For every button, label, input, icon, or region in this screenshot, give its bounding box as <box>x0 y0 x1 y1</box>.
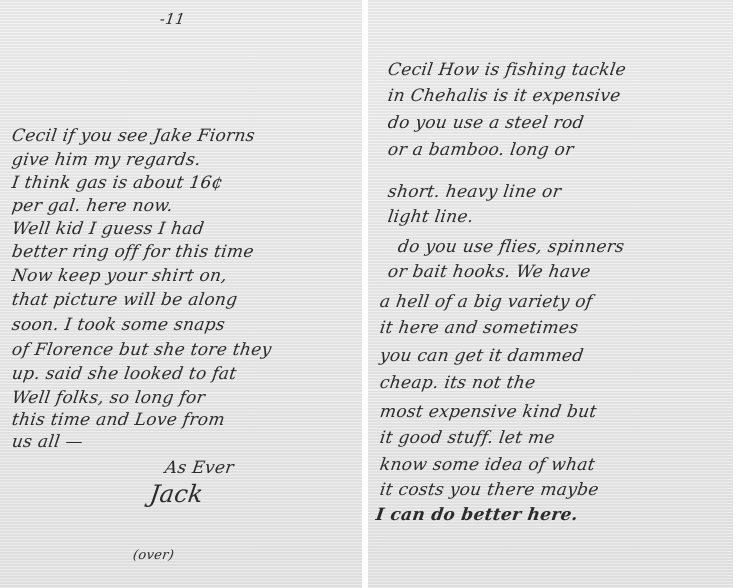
letter-closing: As Ever <box>164 458 236 478</box>
letter-line: it good stuff. let me <box>379 428 557 448</box>
letter-line: it here and sometimes <box>379 318 580 338</box>
letter-page-right: Cecil How is fishing tackle in Chehalis … <box>368 0 733 588</box>
letter-line: or a bamboo. long or <box>387 140 575 160</box>
letter-line: of Florence but she tore they <box>11 340 273 360</box>
letter-line: I can do better here. <box>375 505 580 525</box>
letter-line: per gal. here now. <box>11 196 175 216</box>
letter-line: us all — <box>11 432 85 452</box>
letter-line: Now keep your shirt on, <box>11 266 229 286</box>
letter-line: you can get it dammed <box>379 346 585 366</box>
letter-line: soon. I took some snaps <box>11 315 227 335</box>
letter-line: do you use flies, spinners <box>397 237 626 257</box>
letter-line: it costs you there maybe <box>379 480 601 500</box>
letter-line: Well kid I guess I had <box>11 219 206 239</box>
letter-line: short. heavy line or <box>387 182 563 202</box>
letter-line: or bait hooks. We have <box>387 262 592 282</box>
letter-line: up. said she looked to fat <box>11 364 238 384</box>
signature: Jack <box>148 480 205 508</box>
page-number: -11 <box>159 10 187 28</box>
letter-line: Well folks, so long for <box>11 388 207 408</box>
letter-line: better ring off for this time <box>11 242 256 262</box>
letter-line: cheap. its not the <box>379 373 537 393</box>
letter-line: light line. <box>387 207 475 227</box>
letter-line: I think gas is about 16¢ <box>11 173 225 193</box>
letter-line: this time and Love from <box>11 410 227 430</box>
letter-page-left: -11 Cecil if you see Jake Fiorns give hi… <box>0 0 362 588</box>
letter-line: Cecil How is fishing tackle <box>387 60 628 80</box>
over-note: (over) <box>132 548 175 563</box>
letter-line: know some idea of what <box>379 455 597 475</box>
letter-line: most expensive kind but <box>379 402 598 422</box>
letter-line: that picture will be along <box>11 290 239 310</box>
letter-line: a hell of a big variety of <box>379 292 594 312</box>
letter-line: give him my regards. <box>11 150 203 170</box>
letter-line: do you use a steel rod <box>387 113 586 133</box>
letter-line: Cecil if you see Jake Fiorns <box>11 126 257 146</box>
letter-line: in Chehalis is it expensive <box>387 86 622 106</box>
